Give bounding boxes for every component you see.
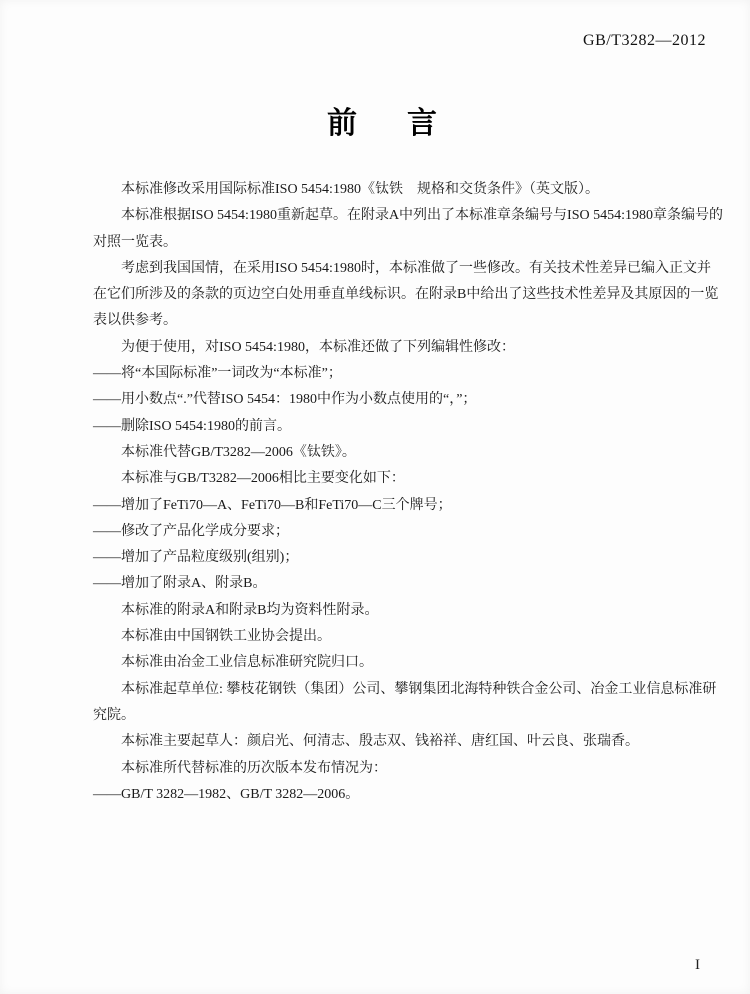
text-line: ——删除ISO 5454:1980的前言。 <box>93 414 663 440</box>
text-line: 对照一览表。 <box>93 230 663 256</box>
text-line: 本标准由冶金工业信息标准研究院归口。 <box>93 650 663 676</box>
text-line: 本标准起草单位: 攀枝花钢铁（集团）公司、攀钢集团北海特种铁合金公司、冶金工业信… <box>93 677 663 703</box>
text-line: 本标准修改采用国际标准ISO 5454:1980《钛铁 规格和交货条件》（英文版… <box>93 177 663 203</box>
text-line: 本标准代替GB/T3282—2006《钛铁》。 <box>93 440 663 466</box>
foreword-body: 本标准修改采用国际标准ISO 5454:1980《钛铁 规格和交货条件》（英文版… <box>93 177 663 808</box>
text-line: 本标准所代替标准的历次版本发布情况为： <box>93 756 663 782</box>
text-line: ——增加了附录A、附录B。 <box>93 571 663 597</box>
text-line: 考虑到我国国情，在采用ISO 5454:1980时，本标准做了一些修改。有关技术… <box>93 256 663 282</box>
text-line: 本标准与GB/T3282—2006相比主要变化如下： <box>93 466 663 492</box>
text-line: ——用小数点“.”代替ISO 5454：1980中作为小数点使用的“，”； <box>93 387 663 413</box>
text-line: ——将“本国际标准”一词改为“本标准”； <box>93 361 663 387</box>
text-line: 本标准根据ISO 5454:1980重新起草。在附录A中列出了本标准章条编号与I… <box>93 203 663 229</box>
text-line: 本标准的附录A和附录B均为资料性附录。 <box>93 598 663 624</box>
text-line: 为便于使用，对ISO 5454:1980，本标准还做了下列编辑性修改： <box>93 335 663 361</box>
standard-document-page: GB/T3282—2012 前 言 本标准修改采用国际标准ISO 5454:19… <box>0 0 750 994</box>
text-line: 在它们所涉及的条款的页边空白处用垂直单线标识。在附录B中给出了这些技术性差异及其… <box>93 282 663 308</box>
text-line: ——修改了产品化学成分要求； <box>93 519 663 545</box>
text-line: ——GB/T 3282—1982、GB/T 3282—2006。 <box>93 782 663 808</box>
page-number: I <box>695 957 700 974</box>
text-line: 表以供参考。 <box>93 308 663 334</box>
text-line: ——增加了FeTi70—A、FeTi70—B和FeTi70—C三个牌号； <box>93 493 663 519</box>
text-line: 本标准由中国钢铁工业协会提出。 <box>93 624 663 650</box>
text-line: ——增加了产品粒度级别(组别)； <box>93 545 663 571</box>
page-title: 前 言 <box>0 98 750 142</box>
document-code: GB/T3282—2012 <box>583 32 706 50</box>
text-line: 究院。 <box>93 703 663 729</box>
text-line: 本标准主要起草人：颜启光、何清志、殷志双、钱裕祥、唐红国、叶云良、张瑞香。 <box>93 729 663 755</box>
